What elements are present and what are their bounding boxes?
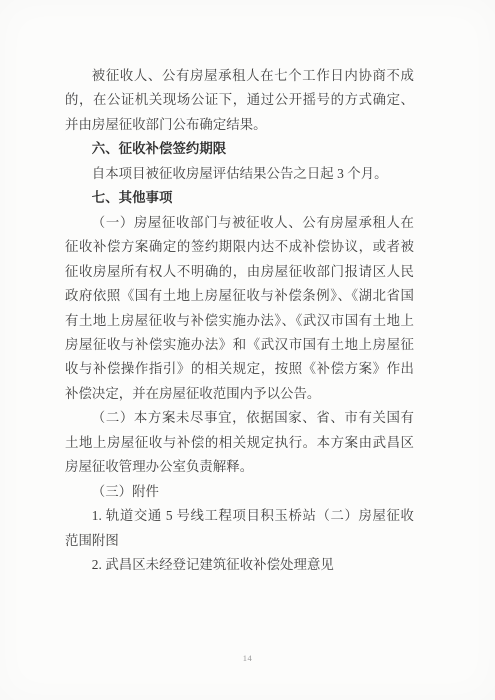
paragraph-item-3-attachments: （三）附件 (65, 480, 414, 504)
attachment-1-map: 1. 轨道交通 5 号线工程项目积玉桥站（二）房屋征收范围附图 (65, 504, 414, 553)
section-heading-7-other-matters: 七、其他事项 (65, 186, 414, 210)
page-footer: 14 (0, 648, 495, 666)
paragraph-item-2-interpretation: （二）本方案未尽事宜，依据国家、省、市有关国有土地上房屋征收与补偿的相关规定执行… (65, 406, 414, 479)
section-heading-6-signing-period: 六、征收补偿签约期限 (65, 137, 414, 161)
attachment-2-opinion: 2. 武昌区未经登记建筑征收补偿处理意见 (65, 553, 414, 577)
document-body: 被征收人、公有房屋承租人在七个工作日内协商不成的，在公证机关现场公证下，通过公开… (65, 64, 414, 578)
paragraph-negotiation-fallback: 被征收人、公有房屋承租人在七个工作日内协商不成的，在公证机关现场公证下，通过公开… (65, 64, 414, 137)
document-page: 被征收人、公有房屋承租人在七个工作日内协商不成的，在公证机关现场公证下，通过公开… (0, 0, 495, 700)
paragraph-signing-period: 自本项目被征收房屋评估结果公告之日起 3 个月。 (65, 162, 414, 186)
page-number: 14 (243, 653, 253, 663)
paragraph-item-1-compensation-decision: （一）房屋征收部门与被征收人、公有房屋承租人在征收补偿方案确定的签约期限内达不成… (65, 211, 414, 407)
